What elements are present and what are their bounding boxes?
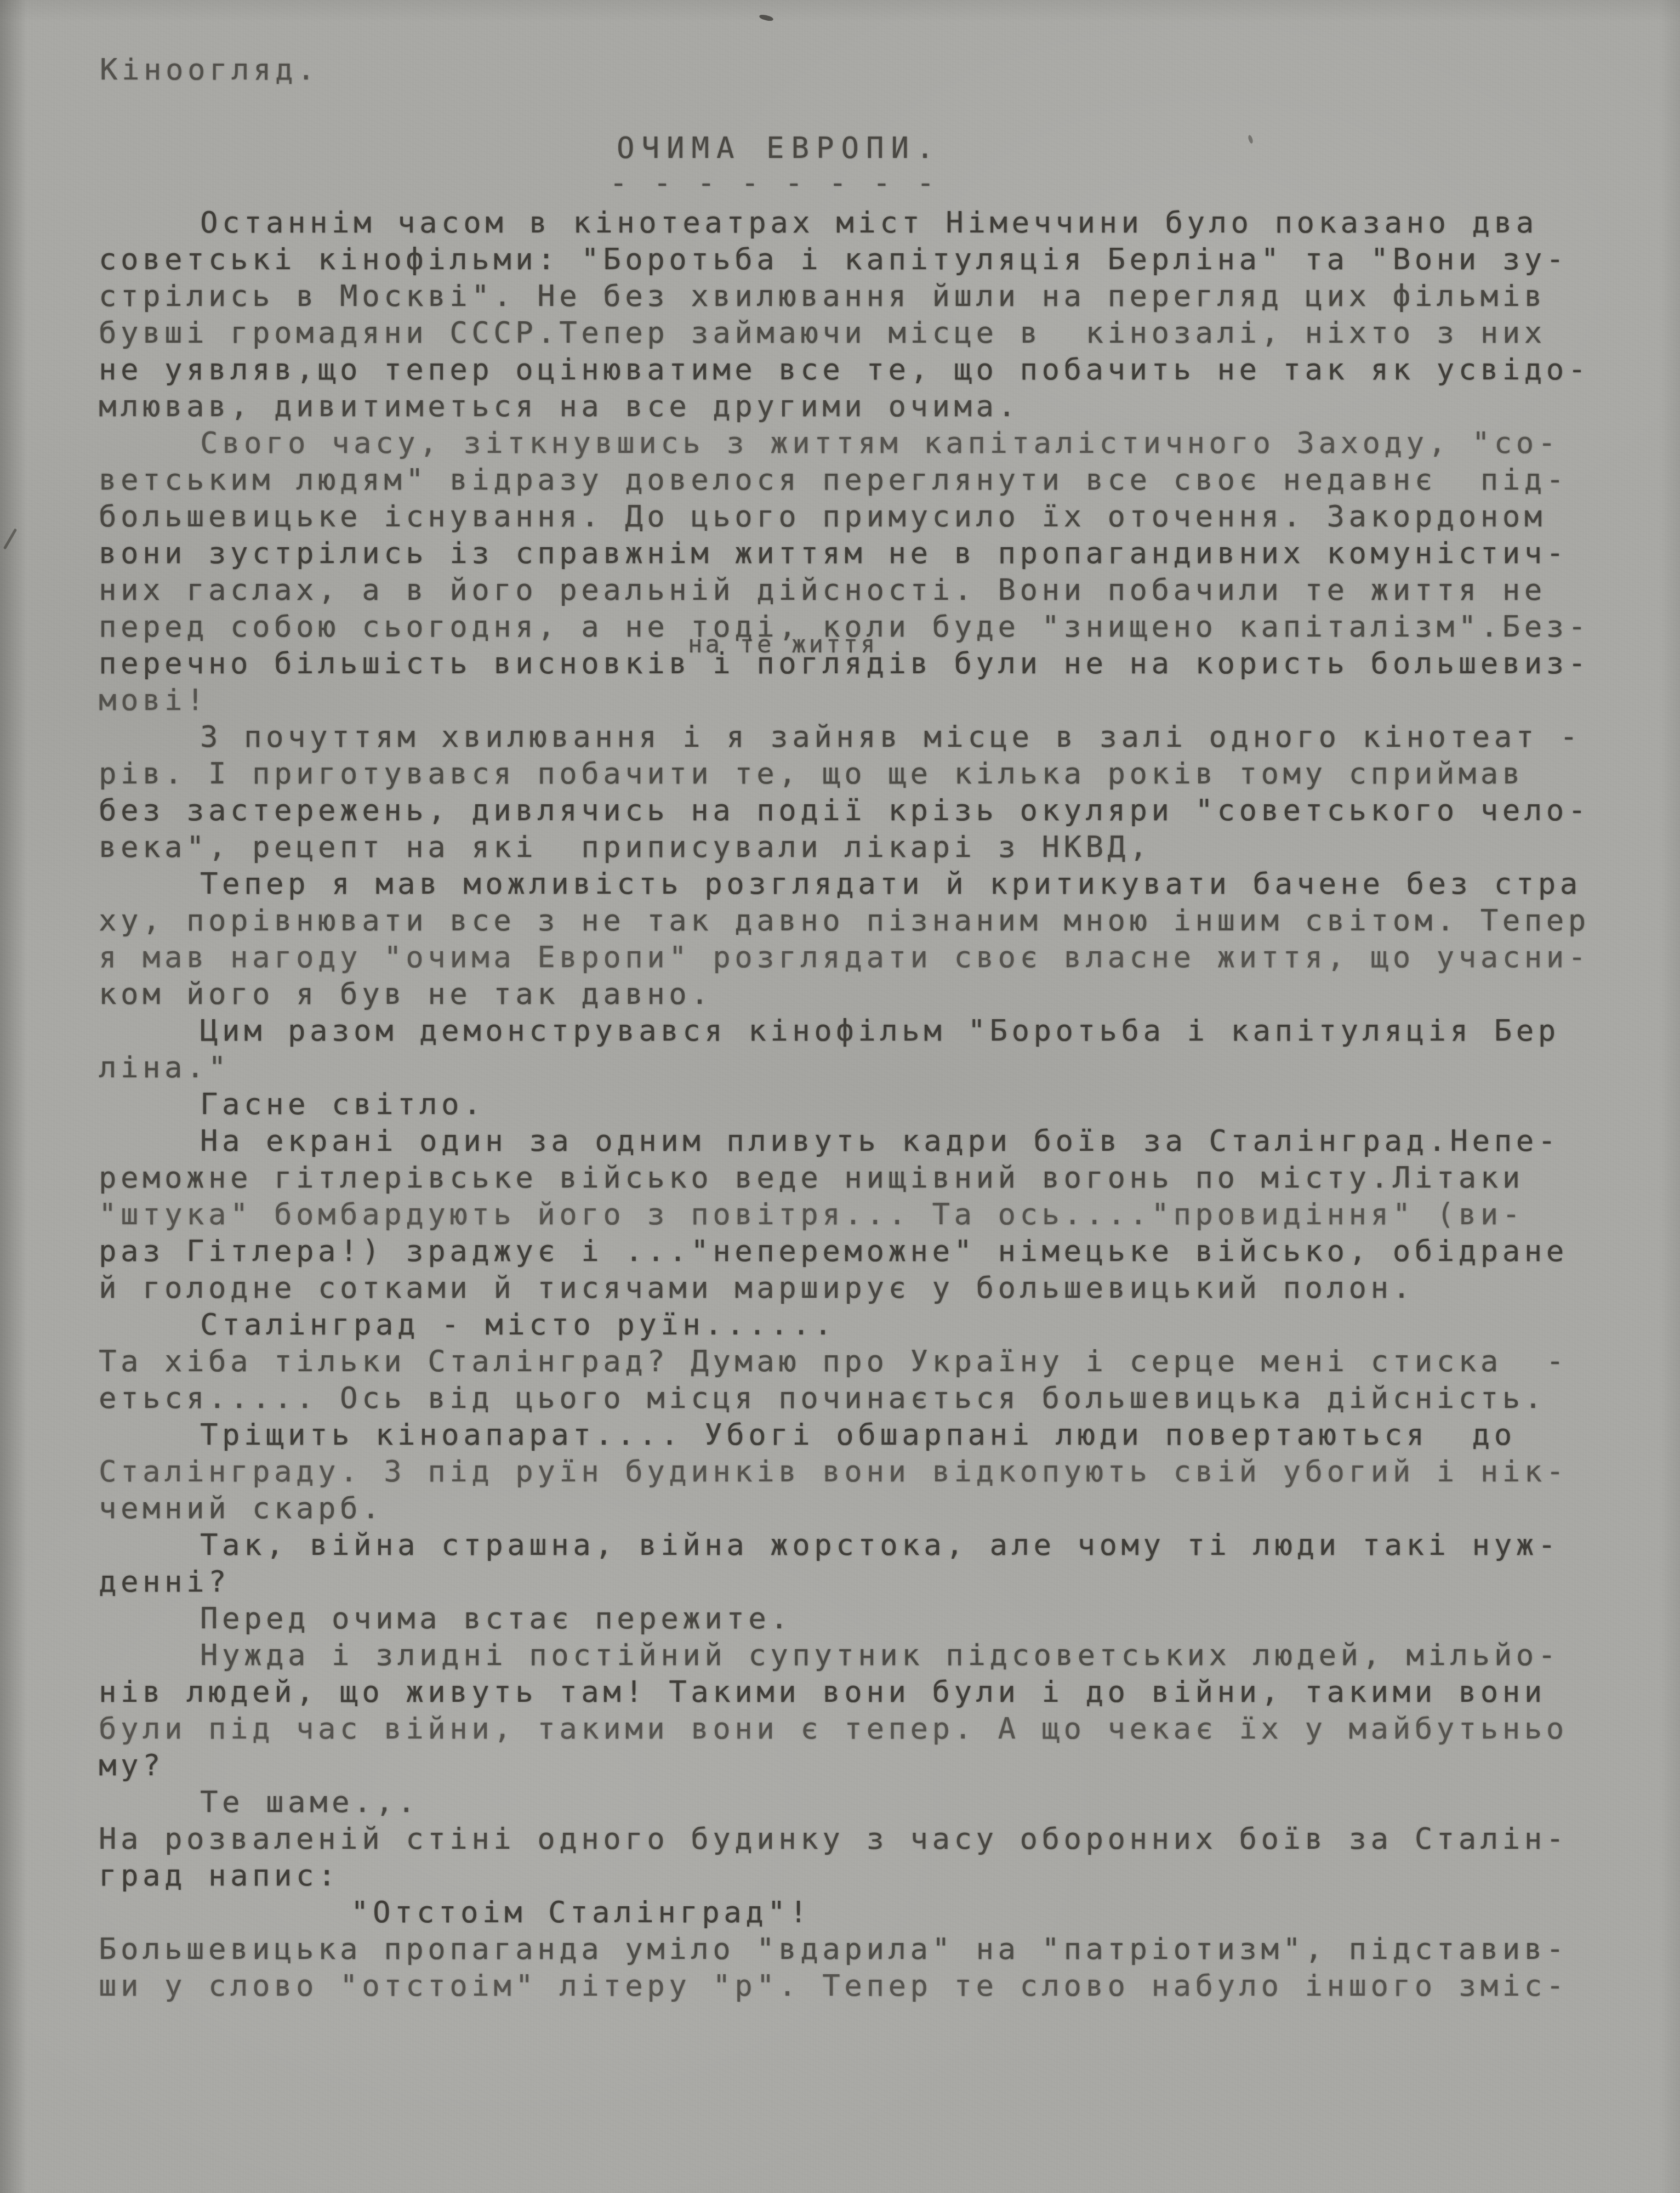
- text-line: вони зустрілись із справжнім життям не в…: [99, 535, 1633, 571]
- text-line: На розваленій стіні одного будинку з час…: [99, 1820, 1633, 1857]
- text-line: Те шаме.,.: [99, 1783, 1633, 1820]
- text-line: я мав нагоду "очима Европи" розглядати с…: [99, 939, 1633, 975]
- text-line: Останнім часом в кінотеатрах міст Німечч…: [99, 204, 1633, 241]
- text-line: еться..... Ось від цього місця починаєть…: [99, 1379, 1633, 1416]
- margin-mark: [3, 529, 17, 550]
- text-line: большевицьке існування. До цього примуси…: [99, 498, 1633, 535]
- article-title: ОЧИМА ЕВРОПИ.: [617, 130, 941, 165]
- text-line: реможне гітлерівське військо веде нищівн…: [99, 1159, 1633, 1196]
- text-line: Нужда і злидні постійний супутник підсов…: [99, 1637, 1633, 1673]
- text-line: Гасне світло.: [99, 1086, 1633, 1122]
- text-line: Перед очима встає пережите.: [99, 1600, 1633, 1637]
- text-line: Большевицька пропаганда уміло "вдарила" …: [99, 1930, 1633, 1967]
- article-body: Останнім часом в кінотеатрах міст Німечч…: [99, 204, 1633, 2004]
- text-line: века", рецепт на які приписували лікарі …: [99, 828, 1633, 865]
- text-line: них гаслах, а в його реальній дійсності.…: [99, 571, 1633, 608]
- text-line: "Отстоім Сталінград"!: [99, 1894, 1633, 1930]
- text-line: ліна.": [99, 1049, 1633, 1086]
- title-underline: - - - - - - - -: [610, 166, 938, 200]
- text-line: ху, порівнювати все з не так давно пізна…: [99, 902, 1633, 939]
- text-line: ветським людям" відразу довелося перегля…: [99, 461, 1633, 498]
- text-line: град напис:: [99, 1857, 1633, 1894]
- text-line: советські кінофільми: "Боротьба і капіту…: [99, 241, 1633, 277]
- text-line: ком його я був не так давно.: [99, 975, 1633, 1012]
- text-line: "штука" бомбардують його з повітря... Та…: [99, 1196, 1633, 1232]
- text-line: Сталінград - місто руїн......: [99, 1306, 1633, 1343]
- text-line: Так, війна страшна, війна жорстока, але …: [99, 1526, 1633, 1563]
- text-line: млював, дивитиметься на все другими очим…: [99, 388, 1633, 424]
- interlinear-insertion: на те життя: [688, 626, 878, 663]
- text-line: не уявляв,що тепер оцінюватиме все те, щ…: [99, 351, 1633, 388]
- text-line: без застережень, дивлячись на події кріз…: [99, 792, 1633, 828]
- text-line: Цим разом демонструвався кінофільм "Боро…: [99, 1012, 1633, 1049]
- text-line: стрілись в Москві". Не без хвилювання йш…: [99, 277, 1633, 314]
- scan-speck: [759, 14, 773, 22]
- text-line: раз Гітлера!) зраджує і ..."непереможне"…: [99, 1232, 1633, 1269]
- kicker-label: Кіноогляд.: [100, 52, 319, 87]
- text-line: рів. І приготувався побачити те, що ще к…: [99, 755, 1633, 792]
- text-line: На екрані один за одним пливуть кадри бо…: [99, 1122, 1633, 1159]
- text-line: Тепер я мав можливість розглядати й крит…: [99, 865, 1633, 902]
- text-line: перечно більшість висновків і поглядів б…: [99, 645, 1633, 681]
- text-line: денні?: [99, 1563, 1633, 1600]
- text-line: Тріщить кіноапарат.... Убогі обшарпані л…: [99, 1416, 1633, 1453]
- text-line: Та хіба тільки Сталінград? Думаю про Укр…: [99, 1343, 1633, 1379]
- text-line: Сталінграду. З під руїн будинків вони ві…: [99, 1453, 1633, 1490]
- scanned-page: { "document": { "kicker": "Кіноогляд.", …: [0, 0, 1680, 2193]
- text-line: й голодне сотками й тисячами марширує у …: [99, 1269, 1633, 1306]
- text-line: му?: [99, 1747, 1633, 1783]
- text-line: були під час війни, такими вони є тепер.…: [99, 1710, 1633, 1747]
- scan-speck: [1248, 134, 1254, 144]
- text-line: ши у слово "отстоім" літеру "р". Тепер т…: [99, 1967, 1633, 2004]
- text-line: Свого часу, зіткнувшись з життям капітал…: [99, 424, 1633, 461]
- text-line: нів людей, що живуть там! Такими вони бу…: [99, 1673, 1633, 1710]
- text-line: чемний скарб.: [99, 1490, 1633, 1526]
- text-line: мові!: [99, 681, 1633, 718]
- text-line: З почуттям хвилювання і я зайняв місце в…: [99, 718, 1633, 755]
- text-line: бувші громадяни СССР.Тепер займаючи місц…: [99, 314, 1633, 351]
